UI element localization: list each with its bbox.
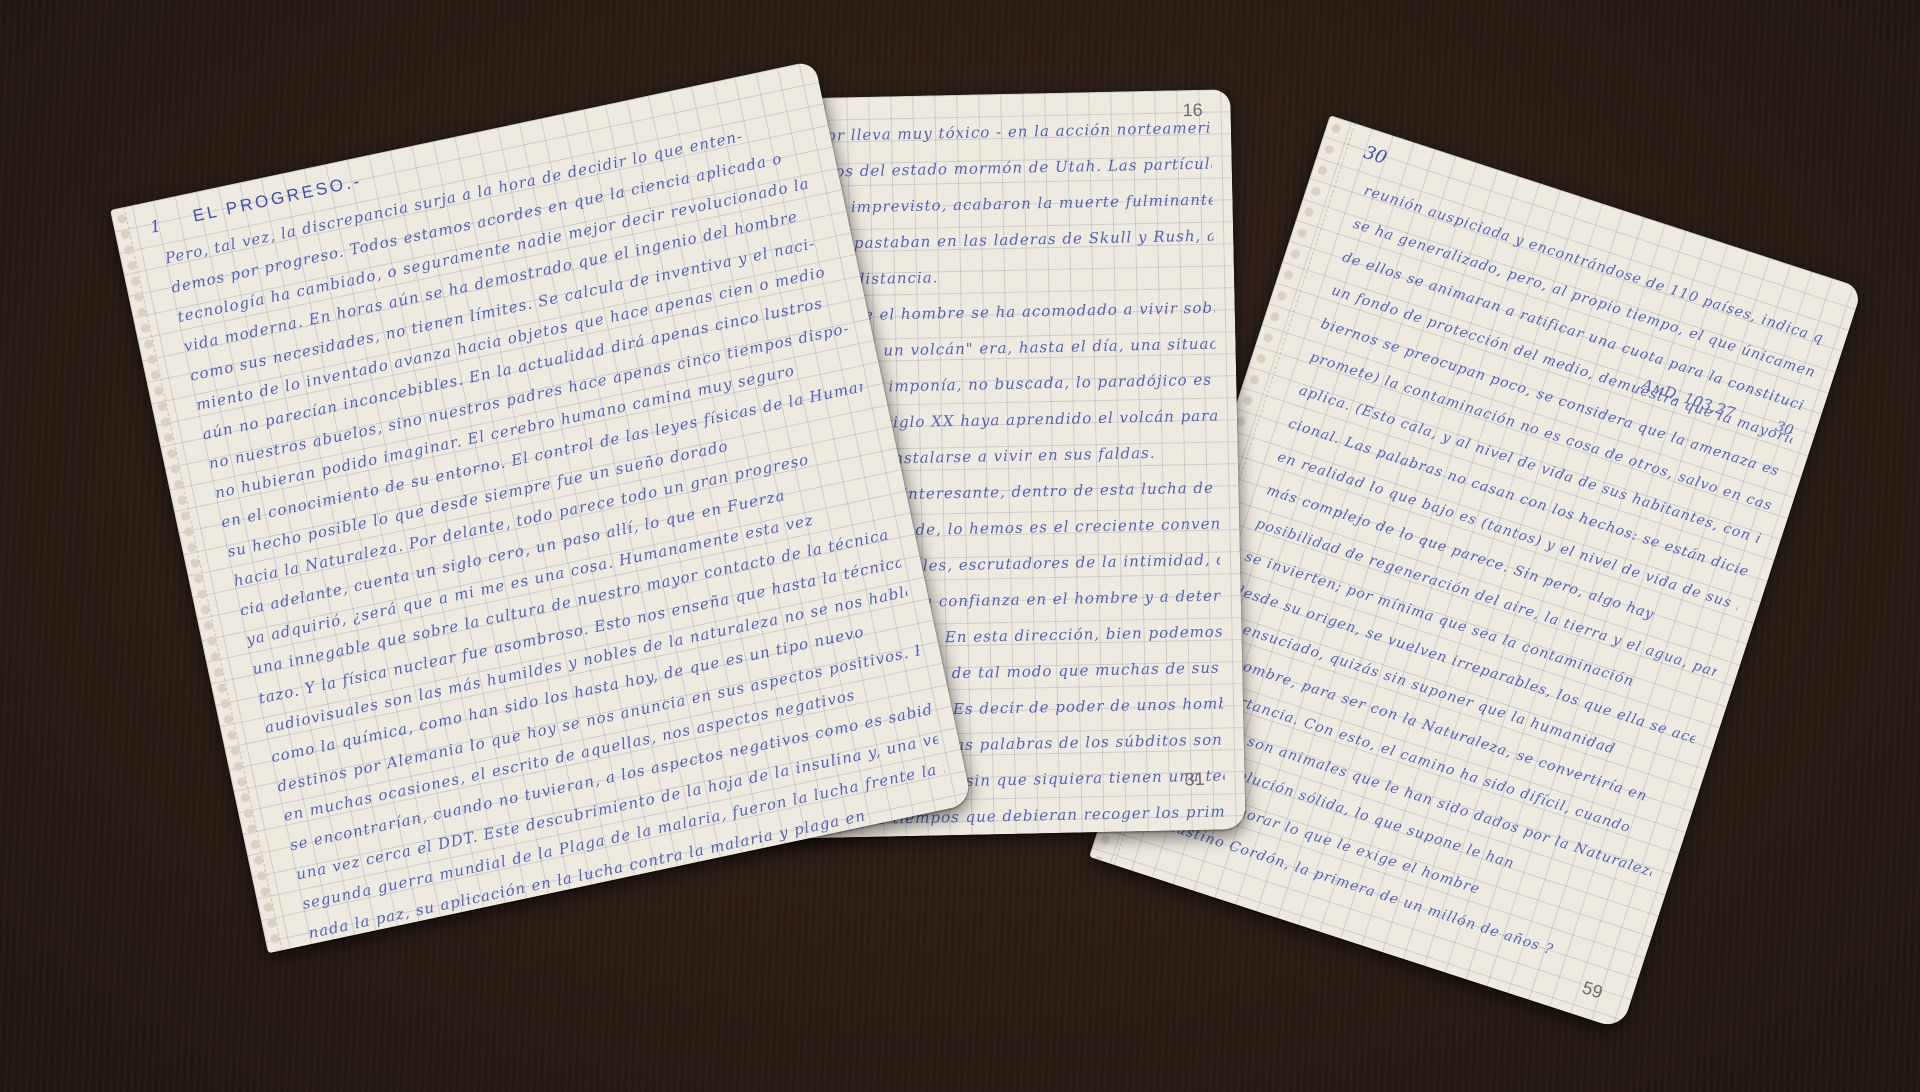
manuscript-text: reunión auspiciada y encontrándose de 11… bbox=[1153, 174, 1830, 989]
page-number-left: 1 bbox=[149, 216, 163, 237]
archive-code: Aмo, 103,27 bbox=[398, 102, 487, 136]
manuscript-page-left: 1 EL PROGRESO.- Aмo, 103,27 MD 1 Pero, t… bbox=[110, 60, 972, 953]
md-stamp: MD bbox=[601, 60, 652, 94]
page-number-top-left: 30 bbox=[1361, 142, 1389, 169]
manuscript-text: Pero, tal vez, la discrepancia surja a l… bbox=[162, 108, 966, 954]
page-number-bottom: 31 bbox=[1184, 769, 1204, 790]
